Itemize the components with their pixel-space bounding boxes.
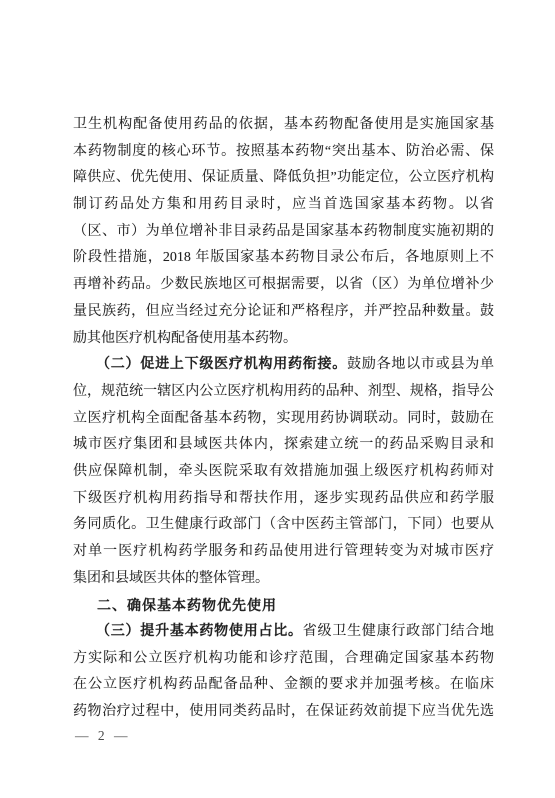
text-line: 阶段性措施，2018 年版国家基本药物目录公布后，各地原则上不: [73, 245, 494, 272]
text-line: （三）提升基本药物使用占比。省级卫生健康行政部门结合地: [73, 619, 494, 646]
text-line: 供应保障机制，牵头医院采取有效措施加强上级医疗机构药师对: [73, 459, 494, 486]
text-line: 集团和县域医共体的整体管理。: [73, 566, 494, 593]
text-line: 量民族药，但应当经过充分论证和严格程序，并严控品种数量。鼓: [73, 299, 494, 326]
document-body: 卫生机构配备使用药品的依据，基本药物配备使用是实施国家基本药物制度的核心环节。按…: [73, 112, 494, 726]
page-number: — 2 —: [75, 728, 131, 744]
text-line: 方实际和公立医疗机构功能和诊疗范围，合理确定国家基本药物: [73, 646, 494, 673]
text-line: 立医疗机构全面配备基本药物，实现用药协调联动。同时，鼓励在: [73, 406, 494, 433]
text-line: 再增补药品。少数民族地区可根据需要，以省（区）为单位增补少: [73, 272, 494, 299]
text-line: 卫生机构配备使用药品的依据，基本药物配备使用是实施国家基: [73, 112, 494, 139]
text-line: 药物治疗过程中，使用同类药品时，在保证药效前提下应当优先选: [73, 699, 494, 726]
text-line: 下级医疗机构用药指导和帮扶作用，逐步实现药品供应和药学服: [73, 486, 494, 513]
text-line: 位，规范统一辖区内公立医疗机构用药的品种、剂型、规格，指导公: [73, 379, 494, 406]
text-line: 障供应、优先使用、保证质量、降低负担”功能定位，公立医疗机构: [73, 165, 494, 192]
document-page: 卫生机构配备使用药品的依据，基本药物配备使用是实施国家基本药物制度的核心环节。按…: [0, 0, 555, 798]
section-heading: 二、确保基本药物优先使用: [73, 592, 494, 619]
text-line: 本药物制度的核心环节。按照基本药物“突出基本、防治必需、保: [73, 139, 494, 166]
text-line: （二）促进上下级医疗机构用药衔接。鼓励各地以市或县为单: [73, 352, 494, 379]
text-line: 务同质化。卫生健康行政部门（含中医药主管部门，下同）也要从: [73, 512, 494, 539]
text-line: 对单一医疗机构药学服务和药品使用进行管理转变为对城市医疗: [73, 539, 494, 566]
text-line: 励其他医疗机构配备使用基本药物。: [73, 326, 494, 353]
text-line: （区、市）为单位增补非目录药品是国家基本药物制度实施初期的: [73, 219, 494, 246]
text-line: 制订药品处方集和用药目录时，应当首选国家基本药物。以省: [73, 192, 494, 219]
text-line: 在公立医疗机构药品配备品种、金额的要求并加强考核。在临床: [73, 672, 494, 699]
paragraph-lead: （三）提升基本药物使用占比。: [96, 624, 303, 639]
paragraph-lead: （二）促进上下级医疗机构用药衔接。: [96, 357, 347, 372]
text-line: 城市医疗集团和县域医共体内，探索建立统一的药品采购目录和: [73, 432, 494, 459]
